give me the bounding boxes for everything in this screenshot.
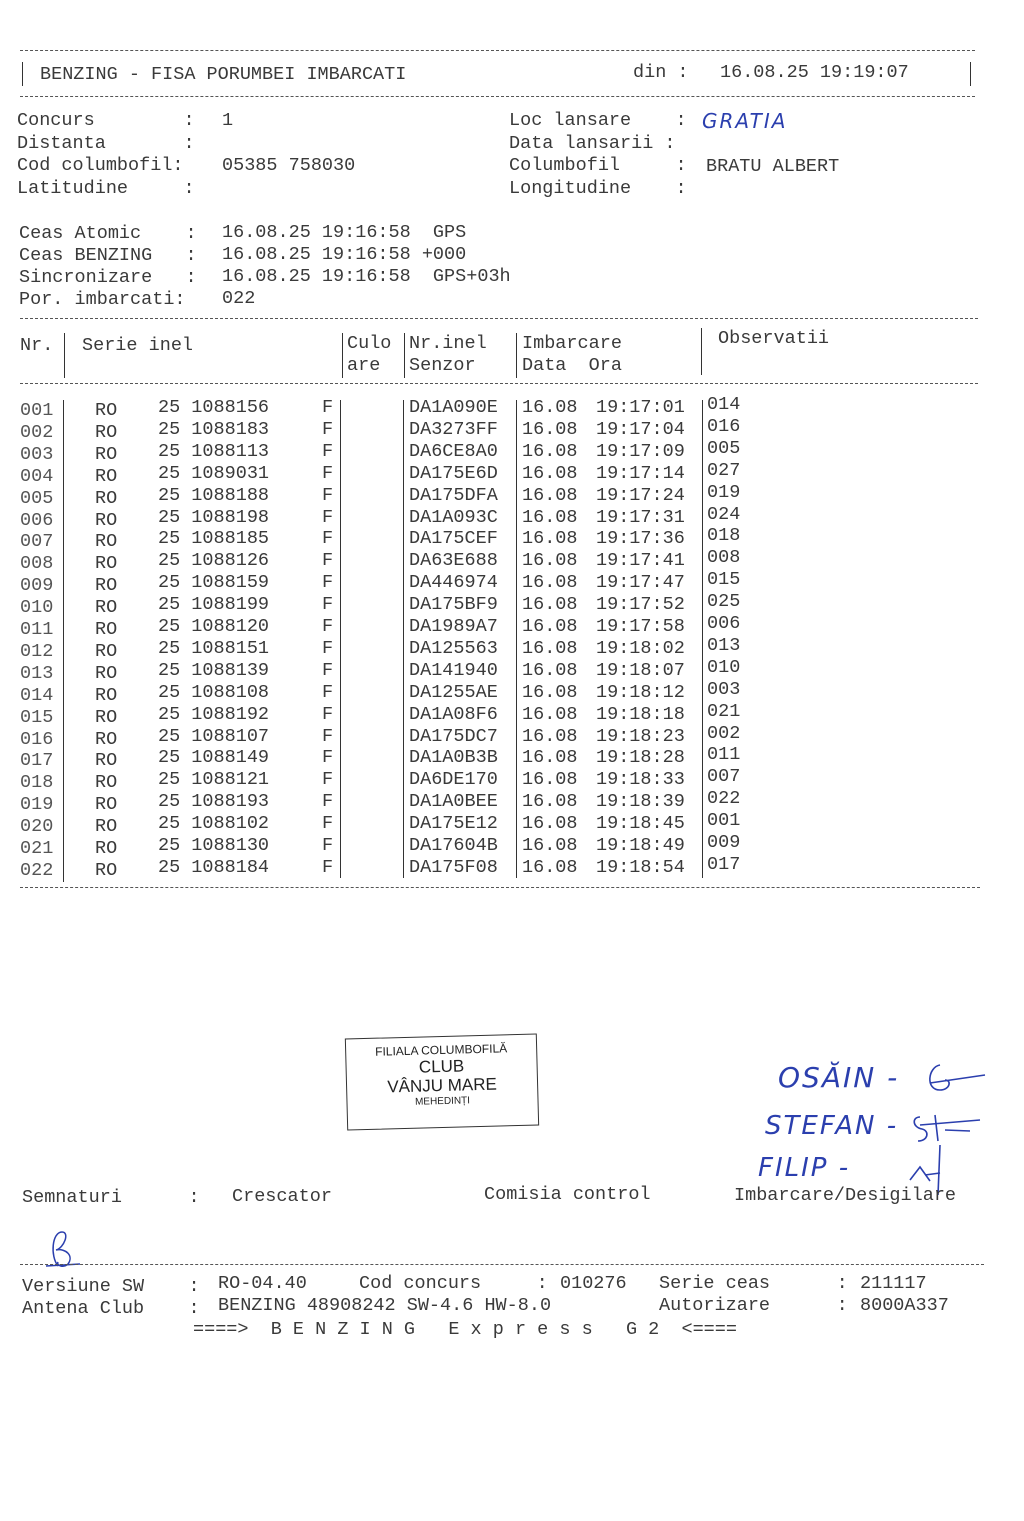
software-version-label: Versiune SW : xyxy=(22,1276,200,1298)
boarding-time: 19:17:24 xyxy=(596,485,685,507)
country-code: RO xyxy=(95,488,117,510)
observation: 017 xyxy=(707,854,740,876)
sex: F xyxy=(322,791,333,813)
ring-serial: 25 1088130 xyxy=(158,835,269,857)
boarding-time: 19:17:47 xyxy=(596,572,685,594)
boarding-date: 16.08 xyxy=(522,835,578,857)
boarding-date: 16.08 xyxy=(522,769,578,791)
observation: 008 xyxy=(707,547,740,569)
observation: 021 xyxy=(707,701,740,723)
col-header-serie: Serie inel xyxy=(82,335,193,357)
boarding-date: 16.08 xyxy=(522,638,578,660)
ring-serial: 25 1088149 xyxy=(158,747,269,769)
country-code: RO xyxy=(95,641,117,663)
boarding-time: 19:18:02 xyxy=(596,638,685,660)
header-right-bar xyxy=(970,62,971,86)
sex: F xyxy=(322,682,333,704)
ring-serial: 25 1088183 xyxy=(158,419,269,441)
header-divider xyxy=(701,328,702,375)
boarding-time: 19:18:18 xyxy=(596,704,685,726)
row-number: 009 xyxy=(20,575,53,597)
clock-value: 16.08.25 19:16:58 GPS xyxy=(222,222,466,244)
document-title: BENZING - FISA PORUMBEI IMBARCATI xyxy=(40,64,406,86)
boarding-time: 19:18:23 xyxy=(596,726,685,748)
sensor-id: DA141940 xyxy=(409,660,498,682)
ring-serial: 25 1088193 xyxy=(158,791,269,813)
row-number: 011 xyxy=(20,619,53,641)
col-header-sensor-2: Senzor xyxy=(409,355,476,377)
sensor-id: DA63E688 xyxy=(409,550,498,572)
authorization-label: Autorizare : xyxy=(659,1295,848,1317)
info-value: GRATIA xyxy=(702,110,787,132)
sex: F xyxy=(322,594,333,616)
boarding-date: 16.08 xyxy=(522,813,578,835)
sex: F xyxy=(322,616,333,638)
column-divider xyxy=(403,400,404,878)
info-label: Concurs : xyxy=(17,110,195,132)
ring-serial: 25 1088184 xyxy=(158,857,269,879)
print-date-label: din : xyxy=(633,62,689,84)
column-divider xyxy=(702,400,703,878)
sensor-id: DA1989A7 xyxy=(409,616,498,638)
boarding-time: 19:18:45 xyxy=(596,813,685,835)
row-number: 006 xyxy=(20,510,53,532)
crescator-signature-icon xyxy=(40,1226,90,1272)
observation: 007 xyxy=(707,766,740,788)
boarding-time: 19:17:31 xyxy=(596,507,685,529)
row-number: 014 xyxy=(20,685,53,707)
observation: 022 xyxy=(707,788,740,810)
observation: 001 xyxy=(707,810,740,832)
boarding-date: 16.08 xyxy=(522,485,578,507)
authorization-value: 8000A337 xyxy=(860,1295,949,1317)
product-banner: ====> B E N Z I N G E x p r e s s G 2 <=… xyxy=(193,1319,737,1341)
boarding-date: 16.08 xyxy=(522,857,578,879)
clock-label: Sincronizare : xyxy=(19,267,197,289)
sensor-id: DA1A08F6 xyxy=(409,704,498,726)
info-label: Distanta : xyxy=(17,133,195,155)
country-code: RO xyxy=(95,575,117,597)
boarding-date: 16.08 xyxy=(522,419,578,441)
country-code: RO xyxy=(95,531,117,553)
boarding-time: 19:18:07 xyxy=(596,660,685,682)
boarding-time: 19:18:49 xyxy=(596,835,685,857)
sex: F xyxy=(322,572,333,594)
signature-crescator: Crescator xyxy=(232,1186,332,1208)
boarding-date: 16.08 xyxy=(522,397,578,419)
header-divider xyxy=(516,333,517,378)
handwritten-name-2: STEFAN - xyxy=(765,1110,898,1142)
sensor-id: DA125563 xyxy=(409,638,498,660)
sex: F xyxy=(322,485,333,507)
boarding-time: 19:17:01 xyxy=(596,397,685,419)
info-label: Longitudine : xyxy=(509,178,687,200)
race-code-value: 010276 xyxy=(560,1273,627,1295)
sensor-id: DA175DFA xyxy=(409,485,498,507)
clock-value: 16.08.25 19:16:58 GPS+03h xyxy=(222,266,511,288)
observation: 027 xyxy=(707,460,740,482)
boarding-date: 16.08 xyxy=(522,704,578,726)
sex: F xyxy=(322,507,333,529)
header-top-rule xyxy=(20,50,975,51)
country-code: RO xyxy=(95,510,117,532)
country-code: RO xyxy=(95,685,117,707)
observation: 019 xyxy=(707,482,740,504)
country-code: RO xyxy=(95,619,117,641)
footer-top-rule xyxy=(20,1264,984,1265)
sensor-id: DA17604B xyxy=(409,835,498,857)
signature-imbarcare: Imbarcare/Desigilare xyxy=(734,1185,956,1207)
boarding-date: 16.08 xyxy=(522,528,578,550)
row-number: 018 xyxy=(20,772,53,794)
sensor-id: DA175E12 xyxy=(409,813,498,835)
sensor-id: DA446974 xyxy=(409,572,498,594)
antenna-value: BENZING 48908242 SW-4.6 HW-8.0 xyxy=(218,1295,551,1317)
boarding-date: 16.08 xyxy=(522,660,578,682)
observation: 009 xyxy=(707,832,740,854)
boarding-time: 19:17:36 xyxy=(596,528,685,550)
col-header-observatii: Observatii xyxy=(718,328,829,350)
signature-comisia: Comisia control xyxy=(484,1184,651,1206)
row-number: 010 xyxy=(20,597,53,619)
info-label: Loc lansare : xyxy=(509,110,687,132)
row-number: 003 xyxy=(20,444,53,466)
antenna-label: Antena Club : xyxy=(22,1298,200,1320)
row-number: 004 xyxy=(20,466,53,488)
sensor-id: DA175BF9 xyxy=(409,594,498,616)
row-number: 001 xyxy=(20,400,53,422)
boarding-date: 16.08 xyxy=(522,616,578,638)
country-code: RO xyxy=(95,444,117,466)
sex: F xyxy=(322,638,333,660)
country-code: RO xyxy=(95,729,117,751)
sensor-id: DA1A0B3B xyxy=(409,747,498,769)
sex: F xyxy=(322,550,333,572)
row-number: 021 xyxy=(20,838,53,860)
info-label: Cod columbofil: xyxy=(17,155,184,177)
row-number: 017 xyxy=(20,750,53,772)
signatures-label: Semnaturi : xyxy=(22,1187,200,1209)
observation: 003 xyxy=(707,679,740,701)
sensor-id: DA175E6D xyxy=(409,463,498,485)
boarding-date: 16.08 xyxy=(522,507,578,529)
table-top-rule xyxy=(20,318,978,319)
country-code: RO xyxy=(95,750,117,772)
boarding-time: 19:17:41 xyxy=(596,550,685,572)
sex: F xyxy=(322,419,333,441)
sex: F xyxy=(322,441,333,463)
row-number: 005 xyxy=(20,488,53,510)
row-number: 015 xyxy=(20,707,53,729)
boarding-date: 16.08 xyxy=(522,747,578,769)
boarding-date: 16.08 xyxy=(522,594,578,616)
sex: F xyxy=(322,463,333,485)
row-number: 008 xyxy=(20,553,53,575)
ring-serial: 25 1088113 xyxy=(158,441,269,463)
row-number: 007 xyxy=(20,531,53,553)
info-value: 05385 758030 xyxy=(222,155,355,177)
sensor-id: DA1A093C xyxy=(409,507,498,529)
country-code: RO xyxy=(95,663,117,685)
sex: F xyxy=(322,857,333,879)
row-number: 012 xyxy=(20,641,53,663)
sex: F xyxy=(322,528,333,550)
observation: 013 xyxy=(707,635,740,657)
sensor-id: DA175F08 xyxy=(409,857,498,879)
boarding-time: 19:18:28 xyxy=(596,747,685,769)
boarding-time: 19:18:12 xyxy=(596,682,685,704)
sensor-id: DA175CEF xyxy=(409,528,498,550)
col-header-nr: Nr. xyxy=(20,335,53,357)
ring-serial: 25 1088151 xyxy=(158,638,269,660)
boarding-time: 19:18:33 xyxy=(596,769,685,791)
sex: F xyxy=(322,704,333,726)
boarding-time: 19:17:58 xyxy=(596,616,685,638)
info-label: Latitudine : xyxy=(17,178,195,200)
clock-serial-value: 211117 xyxy=(860,1273,927,1295)
sex: F xyxy=(322,769,333,791)
observation: 025 xyxy=(707,591,740,613)
column-divider xyxy=(340,400,341,878)
sex: F xyxy=(322,397,333,419)
ring-serial: 25 1088188 xyxy=(158,485,269,507)
header-divider xyxy=(404,333,405,378)
observation: 002 xyxy=(707,723,740,745)
country-code: RO xyxy=(95,816,117,838)
club-stamp: FILIALA COLUMBOFILĂ CLUB VÂNJU MARE MEHE… xyxy=(345,1034,539,1131)
column-divider xyxy=(516,400,517,878)
row-number: 019 xyxy=(20,794,53,816)
sex: F xyxy=(322,835,333,857)
sensor-id: DA6DE170 xyxy=(409,769,498,791)
sex: F xyxy=(322,747,333,769)
ring-serial: 25 1088185 xyxy=(158,528,269,550)
header-left-bar xyxy=(22,62,23,86)
ring-serial: 25 1088126 xyxy=(158,550,269,572)
ring-serial: 25 1088199 xyxy=(158,594,269,616)
header-divider xyxy=(64,333,65,378)
observation: 024 xyxy=(707,504,740,526)
header-bottom-rule xyxy=(20,96,975,97)
country-code: RO xyxy=(95,838,117,860)
sensor-id: DA1A0BEE xyxy=(409,791,498,813)
ring-serial: 25 1088159 xyxy=(158,572,269,594)
clock-label: Por. imbarcati: xyxy=(19,289,186,311)
handwritten-name-1: OSĂIN - xyxy=(778,1062,899,1094)
sensor-id: DA3273FF xyxy=(409,419,498,441)
info-label: Columbofil : xyxy=(509,155,687,177)
sex: F xyxy=(322,660,333,682)
ring-serial: 25 1088156 xyxy=(158,397,269,419)
col-header-imbarcare-1: Imbarcare xyxy=(522,333,622,355)
boarding-time: 19:17:09 xyxy=(596,441,685,463)
observation: 018 xyxy=(707,525,740,547)
boarding-date: 16.08 xyxy=(522,441,578,463)
header-divider xyxy=(342,333,343,378)
ring-serial: 25 1088121 xyxy=(158,769,269,791)
observation: 005 xyxy=(707,438,740,460)
clock-value: 022 xyxy=(222,288,255,310)
ring-serial: 25 1088198 xyxy=(158,507,269,529)
ring-serial: 25 1088139 xyxy=(158,660,269,682)
ring-serial: 25 1088107 xyxy=(158,726,269,748)
col-header-culoare-2: are xyxy=(347,355,380,377)
row-number: 022 xyxy=(20,860,53,882)
boarding-time: 19:17:14 xyxy=(596,463,685,485)
table-bottom-rule xyxy=(20,887,980,888)
country-code: RO xyxy=(95,794,117,816)
sensor-id: DA6CE8A0 xyxy=(409,441,498,463)
ring-serial: 25 1089031 xyxy=(158,463,269,485)
ring-serial: 25 1088192 xyxy=(158,704,269,726)
clock-label: Ceas BENZING : xyxy=(19,245,197,267)
country-code: RO xyxy=(95,772,117,794)
country-code: RO xyxy=(95,553,117,575)
sensor-id: DA1A090E xyxy=(409,397,498,419)
col-header-imbarcare-2: Data Ora xyxy=(522,355,622,377)
country-code: RO xyxy=(95,860,117,882)
info-label: Data lansarii : xyxy=(509,133,676,155)
boarding-date: 16.08 xyxy=(522,682,578,704)
ring-serial: 25 1088120 xyxy=(158,616,269,638)
ring-serial: 25 1088108 xyxy=(158,682,269,704)
clock-value: 16.08.25 19:16:58 +000 xyxy=(222,244,466,266)
handwritten-name-3: FILIP - xyxy=(758,1152,850,1184)
table-header-rule xyxy=(20,383,978,384)
col-header-culoare-1: Culo xyxy=(347,333,391,355)
print-date-value: 16.08.25 19:19:07 xyxy=(720,62,909,84)
observation: 015 xyxy=(707,569,740,591)
row-number: 002 xyxy=(20,422,53,444)
country-code: RO xyxy=(95,466,117,488)
sex: F xyxy=(322,813,333,835)
signature-scribbles-icon xyxy=(900,1045,990,1195)
boarding-date: 16.08 xyxy=(522,726,578,748)
boarding-date: 16.08 xyxy=(522,791,578,813)
race-code-label: Cod concurs : xyxy=(359,1273,548,1295)
clock-label: Ceas Atomic : xyxy=(19,223,197,245)
observation: 011 xyxy=(707,744,740,766)
software-version-value: RO-04.40 xyxy=(218,1273,307,1295)
observation: 010 xyxy=(707,657,740,679)
clock-serial-label: Serie ceas : xyxy=(659,1273,848,1295)
boarding-time: 19:18:39 xyxy=(596,791,685,813)
row-number: 013 xyxy=(20,663,53,685)
observation: 006 xyxy=(707,613,740,635)
col-header-sensor-1: Nr.inel xyxy=(409,333,487,355)
boarding-date: 16.08 xyxy=(522,572,578,594)
observation: 014 xyxy=(707,394,740,416)
sex: F xyxy=(322,726,333,748)
sensor-id: DA1255AE xyxy=(409,682,498,704)
boarding-time: 19:17:04 xyxy=(596,419,685,441)
boarding-time: 19:18:54 xyxy=(596,857,685,879)
boarding-time: 19:17:52 xyxy=(596,594,685,616)
boarding-date: 16.08 xyxy=(522,550,578,572)
row-number: 020 xyxy=(20,816,53,838)
country-code: RO xyxy=(95,400,117,422)
info-value: 1 xyxy=(222,110,233,132)
country-code: RO xyxy=(95,707,117,729)
column-divider xyxy=(63,400,64,882)
row-number: 016 xyxy=(20,729,53,751)
country-code: RO xyxy=(95,597,117,619)
observation: 016 xyxy=(707,416,740,438)
boarding-date: 16.08 xyxy=(522,463,578,485)
ring-serial: 25 1088102 xyxy=(158,813,269,835)
country-code: RO xyxy=(95,422,117,444)
info-value: BRATU ALBERT xyxy=(706,156,839,178)
sensor-id: DA175DC7 xyxy=(409,726,498,748)
